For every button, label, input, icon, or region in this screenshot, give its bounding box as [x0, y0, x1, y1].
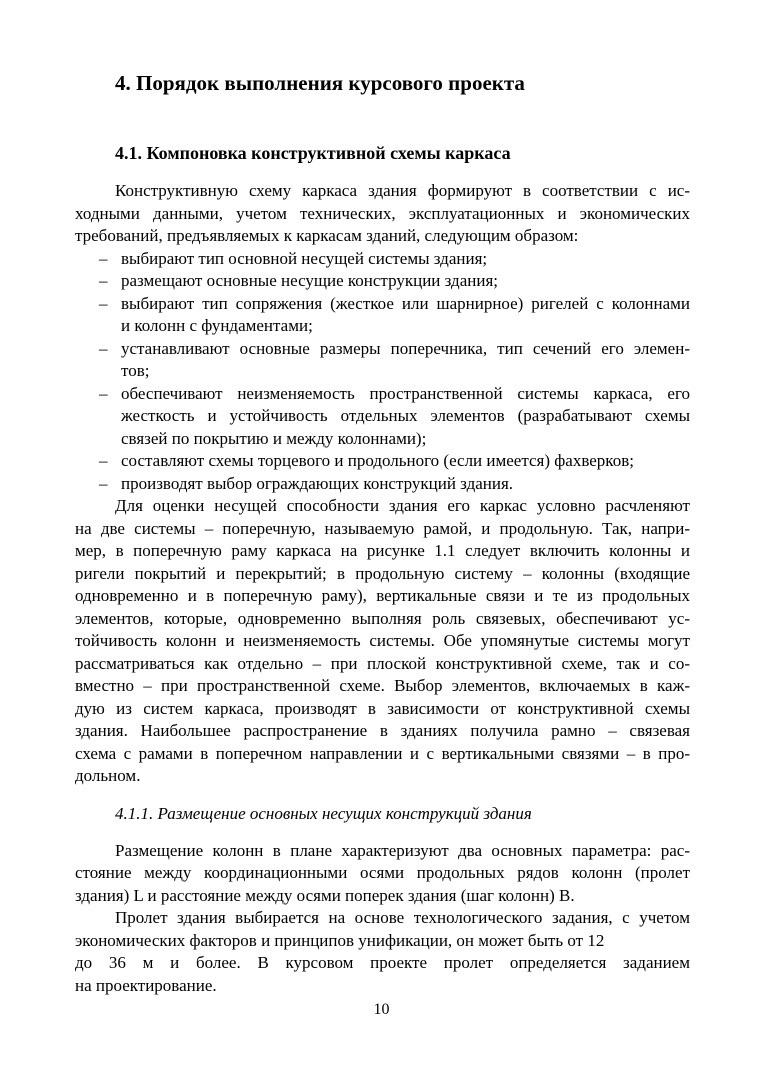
text-line: составляют схемы торцевого и продольного…	[121, 450, 690, 473]
text-line: здания. Наибольшее распространение в зда…	[75, 720, 690, 743]
text-line: на проектирование.	[75, 975, 690, 998]
list-item: –устанавливают основные размеры поперечн…	[75, 338, 690, 383]
paragraph-placement: Размещение колонн в плане характеризуют …	[75, 840, 690, 908]
text-line: Для оценки несущей способности здания ег…	[75, 495, 690, 518]
bullet-dash: –	[75, 293, 121, 316]
text-line: ходными данными, учетом технических, экс…	[75, 203, 690, 226]
list-item: –выбирают тип сопряжения (жесткое или ша…	[75, 293, 690, 338]
text-line: Конструктивную схему каркаса здания форм…	[75, 180, 690, 203]
list-item: –составляют схемы торцевого и продольног…	[75, 450, 690, 473]
text-line: тов;	[121, 360, 690, 383]
text-line: здания) L и расстояние между осями попер…	[75, 885, 690, 908]
text-line: экономических факторов и принципов унифи…	[75, 930, 690, 953]
text-line: вместно – при пространственной схеме. Вы…	[75, 675, 690, 698]
list-item-text: составляют схемы торцевого и продольного…	[121, 450, 690, 473]
list-item-text: выбирают тип сопряжения (жесткое или шар…	[121, 293, 690, 338]
text-line: элементов, которые, одновременно выполня…	[75, 608, 690, 631]
text-line: и колонн с фундаментами;	[121, 315, 690, 338]
text-line: ригели покрытий и перекрытий; в продольн…	[75, 563, 690, 586]
bullet-dash: –	[75, 473, 121, 496]
text-line: обеспечивают неизменяемость пространстве…	[121, 383, 690, 406]
text-line: одновременно и в поперечную раму), верти…	[75, 585, 690, 608]
bullet-dash: –	[75, 450, 121, 473]
text-line: дую из систем каркаса, производят в зави…	[75, 698, 690, 721]
page-number: 10	[0, 1000, 763, 1020]
text-line: до 36 м и более. В курсовом проекте прол…	[75, 952, 690, 975]
bullet-dash: –	[75, 338, 121, 361]
text-line: связей по покрытию и между колоннами);	[121, 428, 690, 451]
paragraph-intro: Конструктивную схему каркаса здания форм…	[75, 180, 690, 248]
list-item: –размещают основные несущие конструкции …	[75, 270, 690, 293]
text-line: рассматриваться как отдельно – при плоск…	[75, 653, 690, 676]
text-line: мер, в поперечную раму каркаса на рисунк…	[75, 540, 690, 563]
bullet-dash: –	[75, 270, 121, 293]
bullet-dash: –	[75, 383, 121, 406]
list-item-text: обеспечивают неизменяемость пространстве…	[121, 383, 690, 451]
text-line: на две системы – поперечную, называемую …	[75, 518, 690, 541]
paragraph-span: Пролет здания выбирается на основе техно…	[75, 907, 690, 997]
text-line: производят выбор ограждающих конструкций…	[121, 473, 690, 496]
text-line: выбирают тип сопряжения (жесткое или шар…	[121, 293, 690, 316]
list-item-text: выбирают тип основной несущей системы зд…	[121, 248, 690, 271]
document-page: 4. Порядок выполнения курсового проекта …	[0, 0, 763, 1080]
section-heading: 4.1. Компоновка конструктивной схемы кар…	[115, 142, 690, 164]
chapter-heading: 4. Порядок выполнения курсового проекта	[115, 70, 690, 96]
text-line: Пролет здания выбирается на основе техно…	[75, 907, 690, 930]
list-item-text: производят выбор ограждающих конструкций…	[121, 473, 690, 496]
subsection-heading: 4.1.1. Размещение основных несущих конст…	[115, 802, 690, 826]
list-item: –выбирают тип основной несущей системы з…	[75, 248, 690, 271]
list-item: –обеспечивают неизменяемость пространств…	[75, 383, 690, 451]
list-item-text: устанавливают основные размеры поперечни…	[121, 338, 690, 383]
text-line: устанавливают основные размеры поперечни…	[121, 338, 690, 361]
text-line: размещают основные несущие конструкции з…	[121, 270, 690, 293]
text-line: стояние между координационными осями про…	[75, 862, 690, 885]
bullet-list: –выбирают тип основной несущей системы з…	[75, 248, 690, 496]
text-line: дольном.	[75, 765, 690, 788]
bullet-dash: –	[75, 248, 121, 271]
text-line: жесткость и устойчивость отдельных элеме…	[121, 405, 690, 428]
paragraph-systems: Для оценки несущей способности здания ег…	[75, 495, 690, 788]
text-line: выбирают тип основной несущей системы зд…	[121, 248, 690, 271]
text-line: требований, предъявляемых к каркасам зда…	[75, 225, 690, 248]
text-line: схема с рамами в поперечном направлении …	[75, 743, 690, 766]
text-line: Размещение колонн в плане характеризуют …	[75, 840, 690, 863]
text-line: тойчивость колонн и неизменяемость систе…	[75, 630, 690, 653]
list-item-text: размещают основные несущие конструкции з…	[121, 270, 690, 293]
list-item: –производят выбор ограждающих конструкци…	[75, 473, 690, 496]
